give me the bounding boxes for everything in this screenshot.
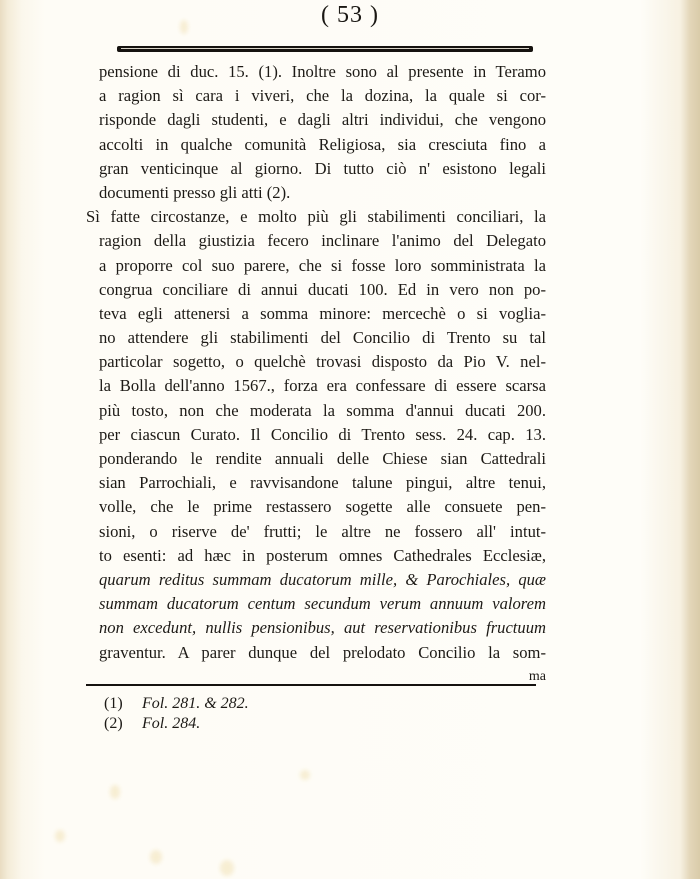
text-line: gran venticinque al giorno. Di tutto ciò…	[86, 157, 546, 181]
text-line: sioni, o riserve de' frutti; le altre ne…	[86, 520, 546, 544]
footnote-mark: (1)	[104, 694, 142, 714]
text-line: congrua conciliare di annui ducati 100. …	[86, 278, 546, 302]
text-line: documenti presso gli atti (2).	[86, 181, 546, 205]
text-line: accolti in qualche comunità Religiosa, s…	[86, 133, 546, 157]
text-line: per ciascun Curato. Il Concilio di Trent…	[86, 423, 546, 447]
text-line: teva egli attenersi a somma minore: merc…	[86, 302, 546, 326]
text-line: pensione di duc. 15. (1). Inoltre sono a…	[86, 60, 546, 84]
text-line: più tosto, non che moderata la somma d'a…	[86, 399, 546, 423]
scanned-page: ( 53 ) pensione di duc. 15. (1). Inoltre…	[0, 0, 700, 879]
text-line: quarum reditus summam ducatorum mille, &…	[86, 568, 546, 592]
text-line: no attendere gli stabilimenti del Concil…	[86, 326, 546, 350]
text-line: summam ducatorum centum secundum verum a…	[86, 592, 546, 616]
text-line: ponderando le rendite annuali delle Chie…	[86, 447, 546, 471]
text-line: graventur. A parer dunque del prelodato …	[86, 641, 546, 665]
text-line: la Bolla dell'anno 1567., forza era conf…	[86, 374, 546, 398]
footnote: (1)Fol. 281. & 282.	[104, 694, 249, 714]
footnote-mark: (2)	[104, 714, 142, 734]
footnotes: (1)Fol. 281. & 282.(2)Fol. 284.	[104, 694, 249, 734]
text-line: a proporre col suo parere, che si fosse …	[86, 254, 546, 278]
footnote-text: Fol. 284.	[142, 715, 200, 732]
text-line: sian Parrochiali, e ravvisandone talune …	[86, 471, 546, 495]
text-line: Sì fatte circostanze, e molto più gli st…	[86, 205, 546, 229]
header-rule	[117, 46, 533, 52]
footnote-text: Fol. 281. & 282.	[142, 695, 249, 712]
foxing-stain	[220, 860, 234, 876]
text-line: a ragion sì cara i viveri, che la dozina…	[86, 84, 546, 108]
foxing-stain	[150, 850, 162, 864]
page-number: ( 53 )	[0, 2, 700, 29]
foxing-stain	[55, 830, 65, 842]
text-line: non excedunt, nullis pensionibus, aut re…	[86, 616, 546, 640]
foxing-stain	[110, 785, 120, 799]
text-line: ragion della giustizia fecero inclinare …	[86, 229, 546, 253]
text-line: to esenti: ad hæc in posterum omnes Cath…	[86, 544, 546, 568]
body-text: pensione di duc. 15. (1). Inoltre sono a…	[86, 60, 546, 689]
footnote-rule	[86, 684, 536, 686]
text-line: risponde dagli studenti, e dagli altri i…	[86, 108, 546, 132]
footnote: (2)Fol. 284.	[104, 714, 249, 734]
text-line: volle, che le prime restassero sogette a…	[86, 495, 546, 519]
foxing-stain	[300, 770, 310, 780]
text-line: particolar sogetto, o quelchè trovasi di…	[86, 350, 546, 374]
